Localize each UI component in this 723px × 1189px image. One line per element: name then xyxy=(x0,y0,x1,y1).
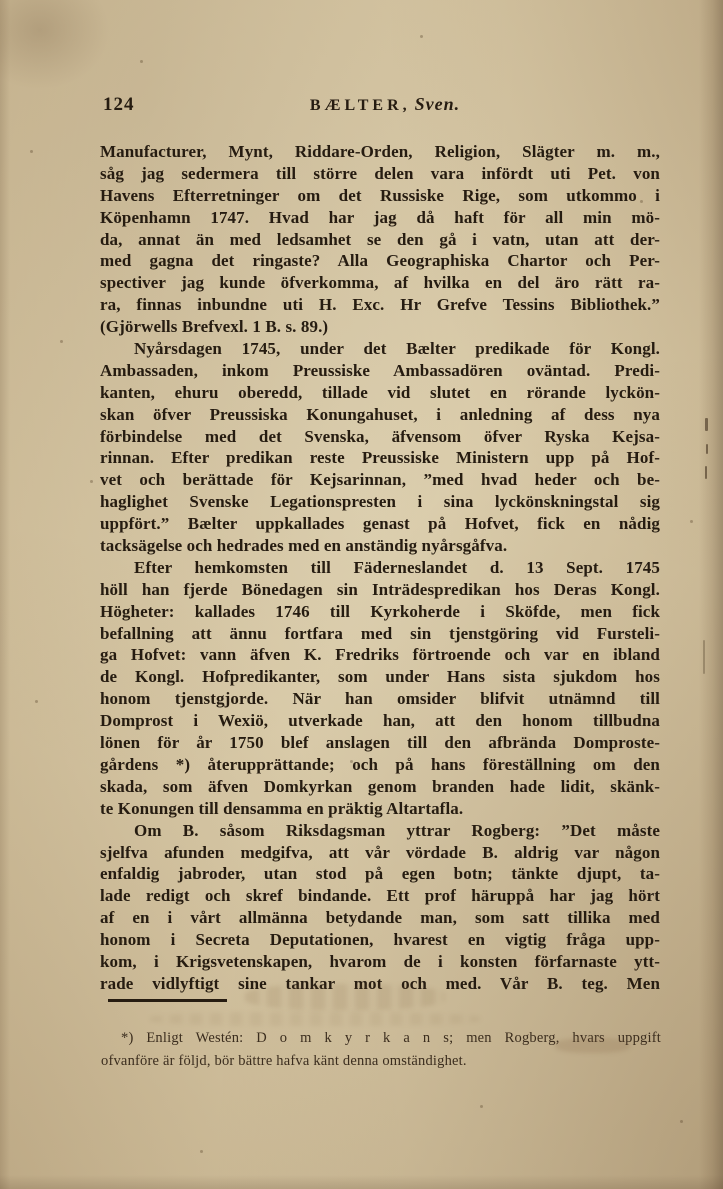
text-line: enfaldig jabroder, utan stod på egen bot… xyxy=(100,863,660,885)
paper-speck xyxy=(35,700,38,703)
ink-showthrough xyxy=(555,1038,630,1053)
text-line: rinnan. Efter predikan reste Preussiske … xyxy=(100,447,660,469)
text-line: honom i Secreta Deputationen, hvarest en… xyxy=(100,929,660,951)
text-line: te Konungen till densamma en präktig Alt… xyxy=(100,798,660,820)
paper-speck xyxy=(690,520,693,523)
text-line: kom, i Krigsvetenskapen, hvarom de i kon… xyxy=(100,951,660,973)
text-line: förbindelse med det Svenska, äfvensom öf… xyxy=(100,426,660,448)
paper-speck xyxy=(120,940,123,943)
page-edge-shadow-right xyxy=(699,0,723,1189)
paper-speck xyxy=(30,150,33,153)
text-line: da, annat än med ledsamhet se den gå i v… xyxy=(100,229,660,251)
text-line: spectiver jag kunde öfverkomma, af hvilk… xyxy=(100,272,660,294)
text-line: Manufacturer, Mynt, Riddare-Orden, Relig… xyxy=(100,141,660,163)
footnote-separator-rule xyxy=(108,999,227,1002)
text-line: haglighet Svenske Legationspresten i sin… xyxy=(100,491,660,513)
running-title: BÆLTER, Sven. xyxy=(250,94,520,115)
paper-speck xyxy=(420,35,423,38)
text-line: kanten, ehuru oberedd, tillade vid slute… xyxy=(100,382,660,404)
text-line: Om B. såsom Riksdagsman yttrar Rogberg: … xyxy=(100,820,660,842)
text-line: honom tjenstgjorde. När han omsider blif… xyxy=(100,688,660,710)
text-line: Köpenhamn 1747. Hvad har jag då haft för… xyxy=(100,207,660,229)
text-line: uppfört.” Bælter uppkallades genast på H… xyxy=(100,513,660,535)
text-line: af en i vårt allmänna betydande man, som… xyxy=(100,907,660,929)
text-line: Nyårsdagen 1745, under det Bælter predik… xyxy=(100,338,660,360)
text-line: gårdens *) återupprättande; och på hans … xyxy=(100,754,660,776)
page-edge-shadow-left xyxy=(0,0,10,1189)
paper-speck xyxy=(350,760,353,763)
page-header: 124 BÆLTER, Sven. xyxy=(100,94,665,120)
paper-speck xyxy=(600,870,603,873)
paper-speck xyxy=(140,60,143,63)
text-line: sjelfva afunden medgifva, att vår vördad… xyxy=(100,842,660,864)
text-line: lönen för år 1750 blef anslagen till den… xyxy=(100,732,660,754)
footnote-line: ofvanföre är följd, bör bättre hafva kän… xyxy=(101,1050,661,1073)
text-line: de Kongl. Hofpredikanter, som under Hans… xyxy=(100,666,660,688)
running-title-firstname: Sven. xyxy=(415,94,461,114)
text-line: tacksägelse och hedrades med en anständi… xyxy=(100,535,660,557)
text-line: befallning att ännu fortfara med sin tje… xyxy=(100,623,660,645)
paper-speck xyxy=(60,340,63,343)
paper-speck xyxy=(200,1150,203,1153)
text-line: Havens Efterretninger om det Russiske Ri… xyxy=(100,185,660,207)
page-edge-shadow-bottom xyxy=(0,1175,723,1189)
text-line: ra, finnas inbundne uti H. Exc. Hr Grefv… xyxy=(100,294,660,316)
text-line: Domprost i Wexiö, utverkade han, att den… xyxy=(100,710,660,732)
text-line: ga Hofvet: vann äfven K. Fredriks förtro… xyxy=(100,644,660,666)
text-line: vet och berättade för Kejsarinnan, ”med … xyxy=(100,469,660,491)
page-number: 124 xyxy=(103,94,135,116)
body-text: Manufacturer, Mynt, Riddare-Orden, Relig… xyxy=(100,141,660,995)
paper-stain xyxy=(0,0,110,90)
text-line: såg jag sedermera till större delen vara… xyxy=(100,163,660,185)
paper-speck xyxy=(680,1120,683,1123)
ink-showthrough xyxy=(150,1012,480,1026)
paper-speck xyxy=(480,1105,483,1108)
scanned-book-page: 124 BÆLTER, Sven. Manufacturer, Mynt, Ri… xyxy=(0,0,723,1189)
text-line: skan öfver Preussiska Konungahuset, i an… xyxy=(100,404,660,426)
ink-showthrough xyxy=(245,984,445,1010)
text-line: med gagna det ringaste? Alla Geographisk… xyxy=(100,250,660,272)
paper-speck xyxy=(640,200,643,203)
text-line: (Gjörwells Brefvexl. 1 B. s. 89.) xyxy=(100,316,660,338)
text-line: Efter hemkomsten till Fäderneslandet d. … xyxy=(100,557,660,579)
text-line: Ambassaden, inkom Preussiske Ambassadöre… xyxy=(100,360,660,382)
paper-speck xyxy=(90,480,93,483)
text-line: skada, som äfven Domkyrkan genom branden… xyxy=(100,776,660,798)
text-line: höll han fjerde Bönedagen sin Inträdespr… xyxy=(100,579,660,601)
text-line: Högheter: kallades 1746 till Kyrkoherde … xyxy=(100,601,660,623)
text-line: lade redigt och skref bindande. Ett prof… xyxy=(100,885,660,907)
running-title-name: BÆLTER, xyxy=(310,97,411,114)
